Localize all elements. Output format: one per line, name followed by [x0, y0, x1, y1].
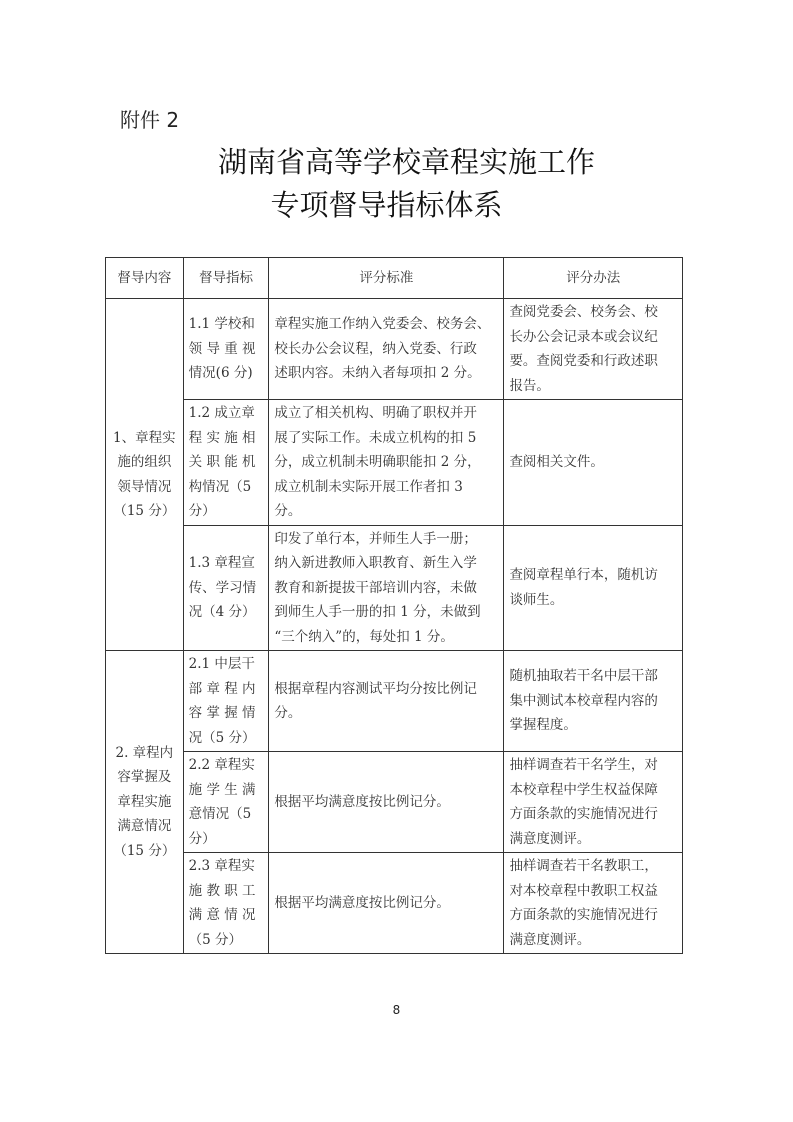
cell-text-line: 根据平均满意度按比例记分。	[274, 891, 498, 916]
cell-text-line: 教育和新提拔干部培训内容，未做	[274, 576, 498, 601]
cell-text-line: 1.1 学校和	[189, 312, 264, 337]
cell-text-line: 查阅相关文件。	[509, 450, 677, 475]
method-cell: 抽样调查若干名教职工，对本校章程中教职工权益方面条款的实施情况进行满意度测评。	[504, 853, 683, 954]
cell-text-line: 到师生人手一册的扣 1 分，未做到	[274, 600, 498, 625]
cell-text-line: 容 掌 握 情	[189, 701, 264, 726]
cell-text-line: 查阅党委会、校务会、校	[509, 300, 677, 325]
cell-text-line: 分）	[189, 827, 264, 852]
table-row: 2.3 章程实施 教 职 工满 意 情 况（5 分）根据平均满意度按比例记分。抽…	[106, 853, 683, 954]
method-cell: 随机抽取若干名中层干部集中测试本校章程内容的掌握程度。	[504, 651, 683, 752]
cell-text-line: 成立机制未实际开展工作者扣 3	[274, 475, 498, 500]
cell-text-line: 分。	[274, 499, 498, 524]
cell-text-line: 展了实际工作。未成立机构的扣 5	[274, 426, 498, 451]
cell-text-line: （15 分）	[111, 839, 178, 864]
cell-text-line: 施的组织	[111, 450, 178, 475]
cell-text-line: 领导情况	[111, 475, 178, 500]
cell-text-line: 方面条款的实施情况进行	[509, 802, 677, 827]
indicator-cell: 1.2 成立章程 实 施 相关 职 能 机构情况（5分）	[183, 400, 269, 526]
method-cell: 查阅党委会、校务会、校长办公会记录本或会议纪要。查阅党委和行政述职报告。	[504, 299, 683, 400]
cell-text-line: 满意情况	[111, 814, 178, 839]
supervision-index-table: 督导内容 督导指标 评分标准 评分办法 1、章程实施的组织领导情况（15 分）1…	[105, 257, 683, 954]
table-row: 1.2 成立章程 实 施 相关 职 能 机构情况（5分）成立了相关机构、明确了职…	[106, 400, 683, 526]
header-criteria: 评分标准	[269, 258, 504, 299]
document-title-line1: 湖南省高等学校章程实施工作	[10, 140, 793, 181]
cell-text-line: 集中测试本校章程内容的	[509, 689, 677, 714]
cell-text-line: 谈师生。	[509, 588, 677, 613]
cell-text-line: 程 实 施 相	[189, 426, 264, 451]
cell-text-line: 况（4 分）	[189, 600, 264, 625]
cell-text-line: 况（5 分）	[189, 726, 264, 751]
indicator-cell: 2.1 中层干部 章 程 内容 掌 握 情况（5 分）	[183, 651, 269, 752]
table-header-row: 督导内容 督导指标 评分标准 评分办法	[106, 258, 683, 299]
table-row: 2. 章程内容掌握及章程实施满意情况（15 分）2.1 中层干部 章 程 内容 …	[106, 651, 683, 752]
cell-text-line: 抽样调查若干名教职工，	[509, 854, 677, 879]
cell-text-line: 1.2 成立章	[189, 401, 264, 426]
indicator-cell: 1.3 章程宣传、学习情况（4 分）	[183, 525, 269, 651]
cell-text-line: 关 职 能 机	[189, 450, 264, 475]
cell-text-line: 意情况（5	[189, 802, 264, 827]
criteria-cell: 印发了单行本，并师生人手一册；纳入新进教师入职教育、新生入学教育和新提拔干部培训…	[269, 525, 504, 651]
cell-text-line: 满 意 情 况	[189, 903, 264, 928]
attachment-label: 附件 2	[120, 104, 179, 133]
header-method: 评分办法	[504, 258, 683, 299]
cell-text-line: 分，成立机制未明确职能扣 2 分，	[274, 450, 498, 475]
table-row: 2.2 章程实施 学 生 满意情况（5分）根据平均满意度按比例记分。抽样调查若干…	[106, 752, 683, 853]
cell-text-line: 长办公会记录本或会议纪	[509, 325, 677, 350]
cell-text-line: 章程实施	[111, 790, 178, 815]
cell-text-line: 成立了相关机构、明确了职权并开	[274, 401, 498, 426]
cell-text-line: 述职内容。未纳入者每项扣 2 分。	[274, 361, 498, 386]
cell-text-line: 施 学 生 满	[189, 778, 264, 803]
cell-text-line: 章程实施工作纳入党委会、校务会、	[274, 312, 498, 337]
cell-text-line: （15 分）	[111, 499, 178, 524]
cell-text-line: 抽样调查若干名学生，对	[509, 753, 677, 778]
method-cell: 查阅相关文件。	[504, 400, 683, 526]
header-indicator: 督导指标	[183, 258, 269, 299]
criteria-cell: 成立了相关机构、明确了职权并开展了实际工作。未成立机构的扣 5分，成立机制未明确…	[269, 400, 504, 526]
cell-text-line: 查阅章程单行本，随机访	[509, 563, 677, 588]
document-title-line2: 专项督导指标体系	[0, 183, 783, 224]
cell-text-line: 部 章 程 内	[189, 677, 264, 702]
header-content: 督导内容	[106, 258, 184, 299]
indicator-cell: 2.3 章程实施 教 职 工满 意 情 况（5 分）	[183, 853, 269, 954]
cell-text-line: 根据章程内容测试平均分按比例记	[274, 677, 498, 702]
criteria-cell: 根据平均满意度按比例记分。	[269, 853, 504, 954]
cell-text-line: 传、学习情	[189, 576, 264, 601]
cell-text-line: 2.3 章程实	[189, 854, 264, 879]
cell-text-line: 分。	[274, 701, 498, 726]
criteria-cell: 根据章程内容测试平均分按比例记分。	[269, 651, 504, 752]
page-number: 8	[0, 1003, 793, 1017]
cell-text-line: 根据平均满意度按比例记分。	[274, 790, 498, 815]
cell-text-line: 对本校章程中教职工权益	[509, 879, 677, 904]
cell-text-line: “三个纳入”的，每处扣 1 分。	[274, 625, 498, 650]
cell-text-line: 掌握程度。	[509, 713, 677, 738]
cell-text-line: 校长办公会议程，纳入党委、行政	[274, 337, 498, 362]
cell-text-line: 满意度测评。	[509, 928, 677, 953]
method-cell: 抽样调查若干名学生，对本校章程中学生权益保障方面条款的实施情况进行满意度测评。	[504, 752, 683, 853]
cell-text-line: 报告。	[509, 374, 677, 399]
table-row: 1、章程实施的组织领导情况（15 分）1.1 学校和领 导 重 视情况(6 分)…	[106, 299, 683, 400]
cell-text-line: 领 导 重 视	[189, 337, 264, 362]
cell-text-line: 容掌握及	[111, 765, 178, 790]
cell-text-line: 施 教 职 工	[189, 879, 264, 904]
indicator-cell: 2.2 章程实施 学 生 满意情况（5分）	[183, 752, 269, 853]
cell-text-line: 随机抽取若干名中层干部	[509, 664, 677, 689]
cell-text-line: 构情况（5	[189, 475, 264, 500]
cell-text-line: 2. 章程内	[111, 741, 178, 766]
cell-text-line: 2.2 章程实	[189, 753, 264, 778]
cell-text-line: 情况(6 分)	[189, 361, 264, 386]
cell-text-line: 要。查阅党委和行政述职	[509, 349, 677, 374]
cell-text-line: （5 分）	[189, 928, 264, 953]
cell-text-line: 纳入新进教师入职教育、新生入学	[274, 551, 498, 576]
cell-text-line: 本校章程中学生权益保障	[509, 778, 677, 803]
cell-text-line: 1.3 章程宣	[189, 551, 264, 576]
cell-text-line: 分）	[189, 499, 264, 524]
cell-text-line: 印发了单行本，并师生人手一册；	[274, 527, 498, 552]
supervision-content-cell: 1、章程实施的组织领导情况（15 分）	[106, 299, 184, 651]
cell-text-line: 满意度测评。	[509, 827, 677, 852]
criteria-cell: 章程实施工作纳入党委会、校务会、校长办公会议程，纳入党委、行政述职内容。未纳入者…	[269, 299, 504, 400]
supervision-content-cell: 2. 章程内容掌握及章程实施满意情况（15 分）	[106, 651, 184, 954]
criteria-cell: 根据平均满意度按比例记分。	[269, 752, 504, 853]
method-cell: 查阅章程单行本，随机访谈师生。	[504, 525, 683, 651]
table-row: 1.3 章程宣传、学习情况（4 分）印发了单行本，并师生人手一册；纳入新进教师入…	[106, 525, 683, 651]
cell-text-line: 2.1 中层干	[189, 652, 264, 677]
indicator-cell: 1.1 学校和领 导 重 视情况(6 分)	[183, 299, 269, 400]
cell-text-line: 1、章程实	[111, 426, 178, 451]
cell-text-line: 方面条款的实施情况进行	[509, 903, 677, 928]
